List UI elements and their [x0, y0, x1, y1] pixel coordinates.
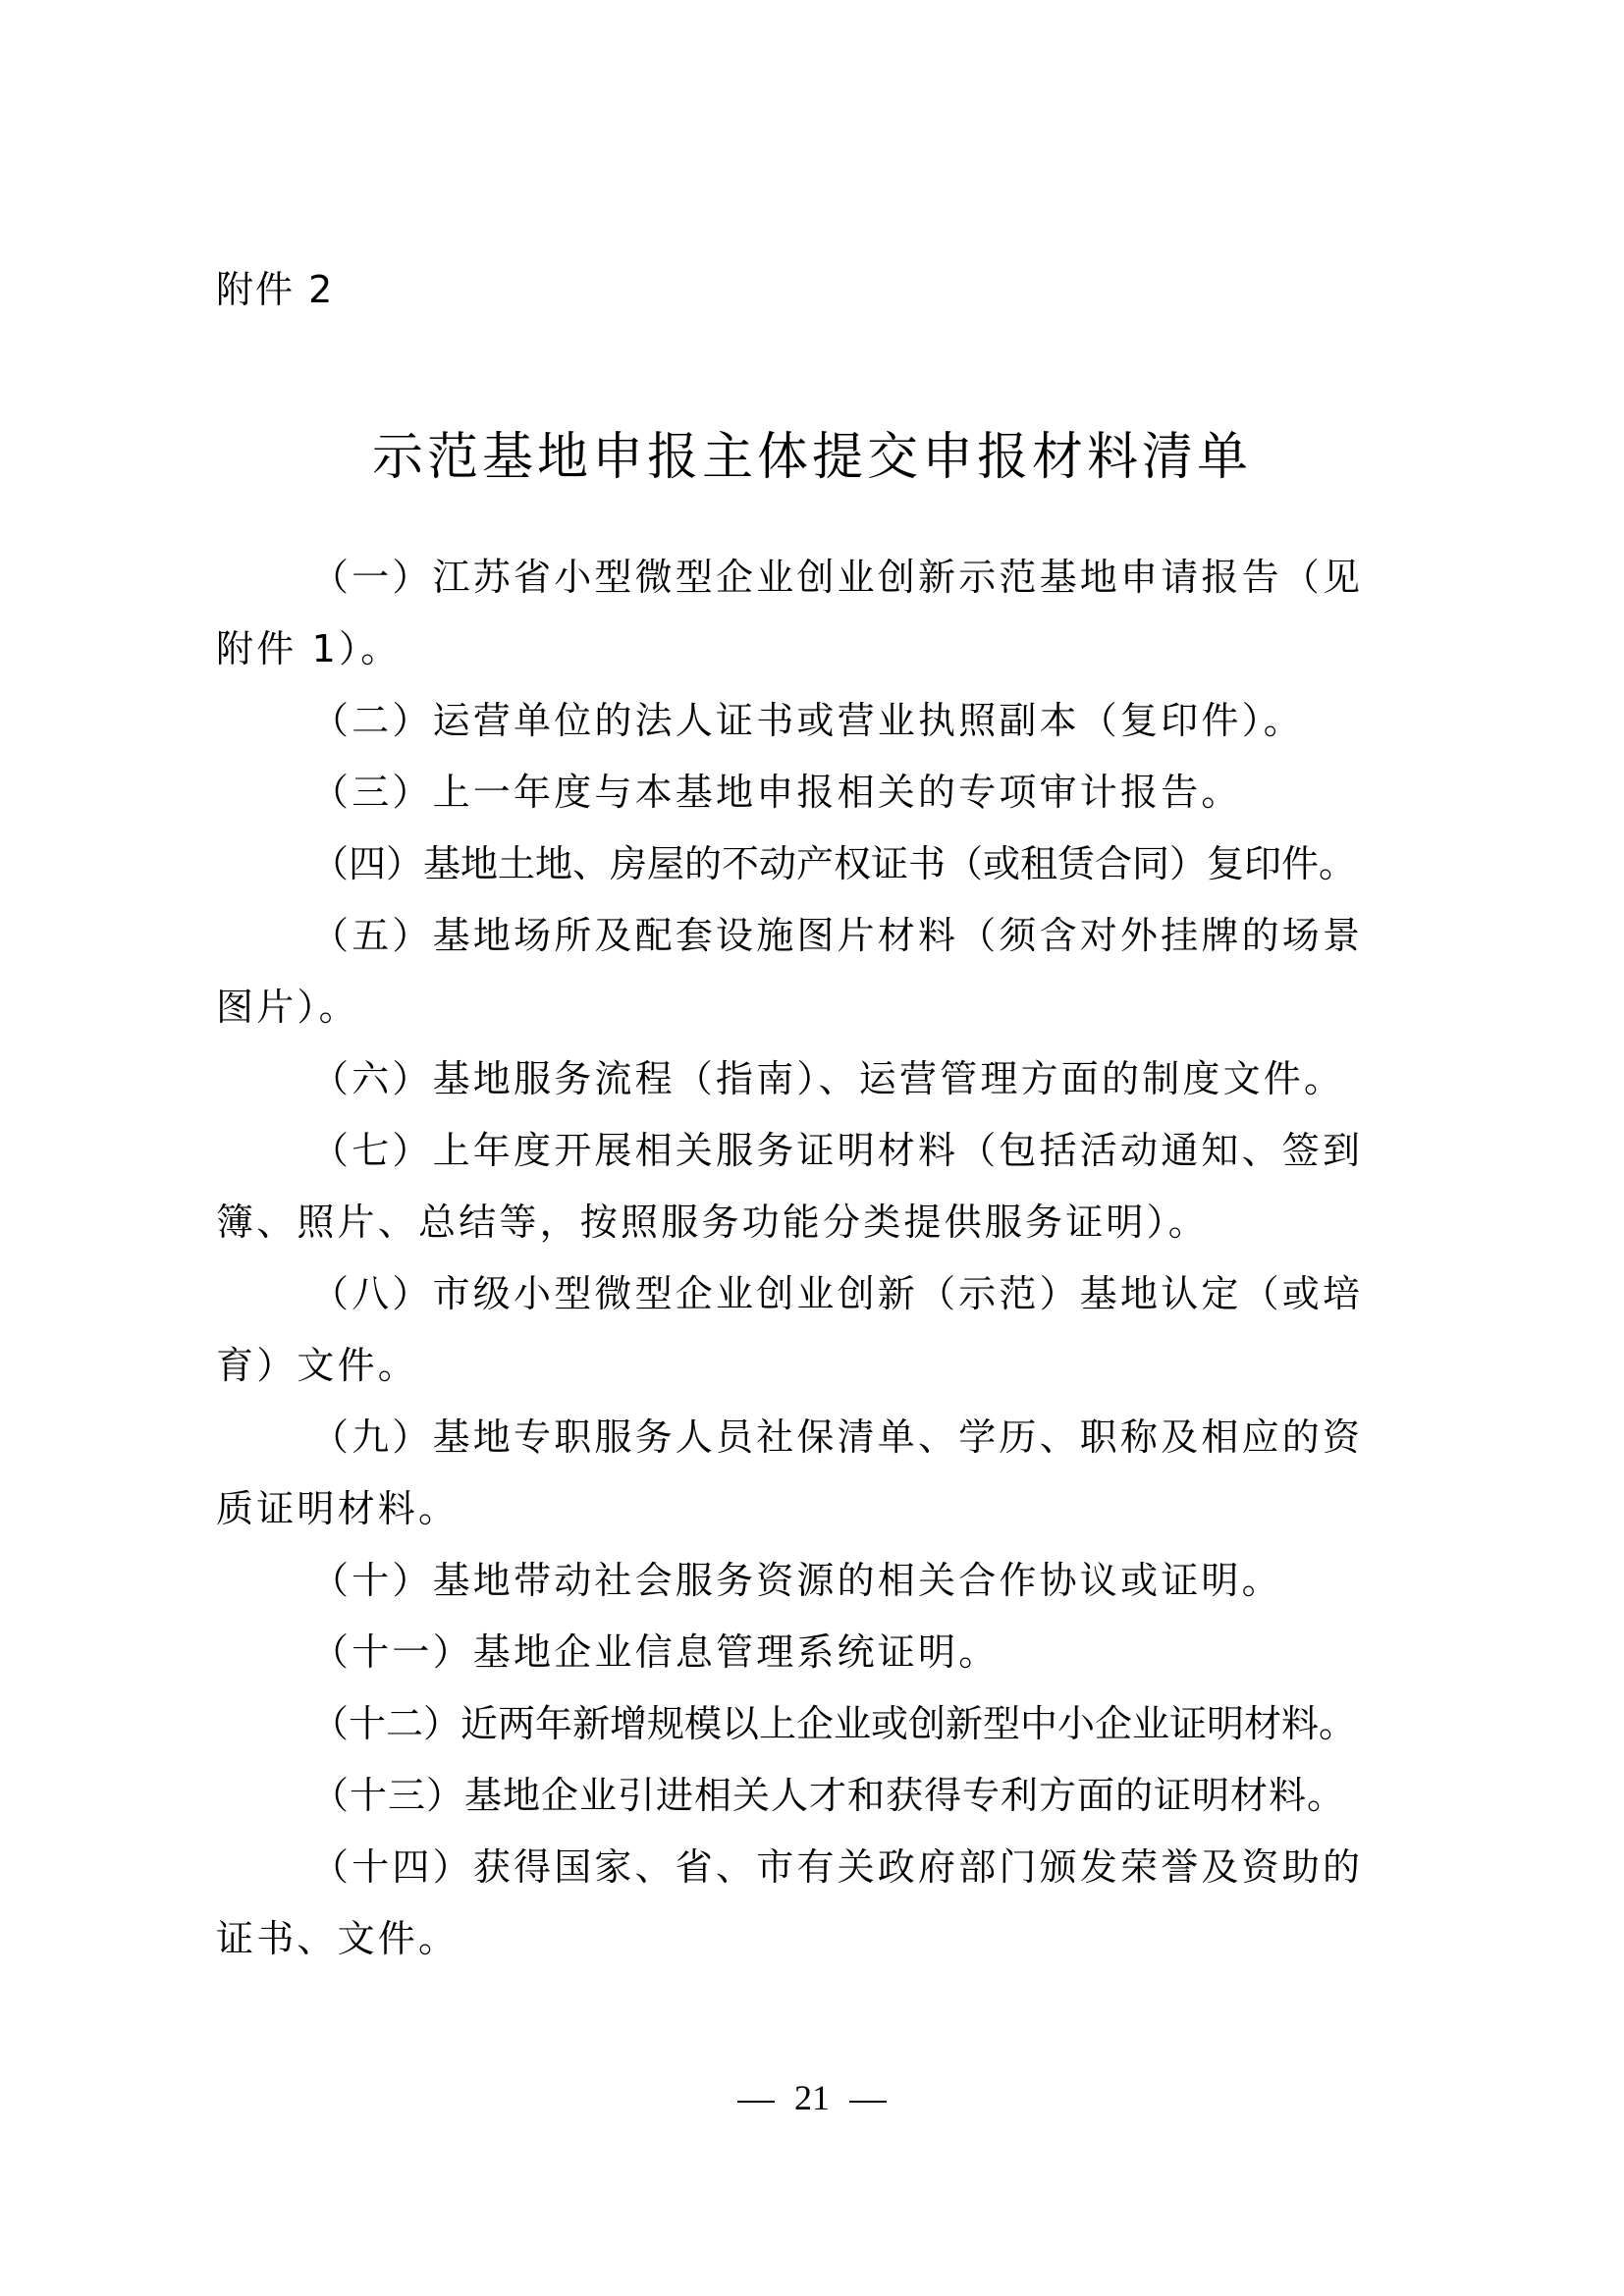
item-line-continued: 质证明材料。 [216, 1473, 1422, 1545]
list-item-8: （八）市级小型微型企业创业创新（示范）基地认定（或培 育）文件。 [216, 1258, 1422, 1402]
item-line: （六）基地服务流程（指南）、运营管理方面的制度文件。 [216, 1043, 1422, 1115]
item-line: （二）运营单位的法人证书或营业执照副本（复印件）。 [216, 685, 1422, 757]
list-item-11: （十一）基地企业信息管理系统证明。 [216, 1617, 1422, 1688]
item-line: （八）市级小型微型企业创业创新（示范）基地认定（或培 [216, 1258, 1422, 1330]
list-item-5: （五）基地场所及配套设施图片材料（须含对外挂牌的场景 图片）。 [216, 900, 1422, 1043]
materials-list: （一）江苏省小型微型企业创业创新示范基地申请报告（见 附件 1）。 （二）运营单… [216, 542, 1422, 1975]
item-line-continued: 证书、文件。 [216, 1903, 1422, 1975]
list-item-7: （七）上年度开展相关服务证明材料（包括活动通知、签到 簿、照片、总结等，按照服务… [216, 1115, 1422, 1258]
item-line: （三）上一年度与本基地申报相关的专项审计报告。 [216, 757, 1422, 828]
item-line: （七）上年度开展相关服务证明材料（包括活动通知、签到 [216, 1115, 1422, 1187]
item-line-continued: 育）文件。 [216, 1330, 1422, 1402]
list-item-9: （九）基地专职服务人员社保清单、学历、职称及相应的资 质证明材料。 [216, 1402, 1422, 1545]
list-item-6: （六）基地服务流程（指南）、运营管理方面的制度文件。 [216, 1043, 1422, 1115]
list-item-3: （三）上一年度与本基地申报相关的专项审计报告。 [216, 757, 1422, 828]
list-item-2: （二）运营单位的法人证书或营业执照副本（复印件）。 [216, 685, 1422, 757]
item-line: （十二）近两年新增规模以上企业或创新型中小企业证明材料。 [216, 1688, 1422, 1760]
document-title: 示范基地申报主体提交申报材料清单 [0, 425, 1624, 490]
list-item-13: （十三）基地企业引进相关人才和获得专利方面的证明材料。 [216, 1760, 1422, 1832]
list-item-4: （四）基地土地、房屋的不动产权证书（或租赁合同）复印件。 [216, 828, 1422, 900]
document-page: 附件 2 示范基地申报主体提交申报材料清单 （一）江苏省小型微型企业创业创新示范… [0, 0, 1624, 2296]
item-line: （十三）基地企业引进相关人才和获得专利方面的证明材料。 [216, 1760, 1422, 1832]
list-item-1: （一）江苏省小型微型企业创业创新示范基地申请报告（见 附件 1）。 [216, 542, 1422, 685]
page-number: 21 [0, 2073, 1624, 2122]
page-number-value: 21 [794, 2078, 830, 2117]
item-line: （四）基地土地、房屋的不动产权证书（或租赁合同）复印件。 [216, 828, 1422, 900]
item-line: （九）基地专职服务人员社保清单、学历、职称及相应的资 [216, 1402, 1422, 1473]
attachment-label: 附件 2 [216, 265, 334, 314]
item-line: （五）基地场所及配套设施图片材料（须含对外挂牌的场景 [216, 900, 1422, 972]
item-line: （十一）基地企业信息管理系统证明。 [216, 1617, 1422, 1688]
item-line: （十）基地带动社会服务资源的相关合作协议或证明。 [216, 1545, 1422, 1617]
item-line-continued: 簿、照片、总结等，按照服务功能分类提供服务证明）。 [216, 1187, 1422, 1258]
dash-right-icon [849, 2101, 887, 2103]
item-line: （十四）获得国家、省、市有关政府部门颁发荣誉及资助的 [216, 1832, 1422, 1903]
dash-left-icon [737, 2101, 775, 2103]
item-line-continued: 附件 1）。 [216, 614, 1422, 685]
list-item-10: （十）基地带动社会服务资源的相关合作协议或证明。 [216, 1545, 1422, 1617]
list-item-14: （十四）获得国家、省、市有关政府部门颁发荣誉及资助的 证书、文件。 [216, 1832, 1422, 1975]
item-line: （一）江苏省小型微型企业创业创新示范基地申请报告（见 [216, 542, 1422, 614]
list-item-12: （十二）近两年新增规模以上企业或创新型中小企业证明材料。 [216, 1688, 1422, 1760]
item-line-continued: 图片）。 [216, 972, 1422, 1043]
